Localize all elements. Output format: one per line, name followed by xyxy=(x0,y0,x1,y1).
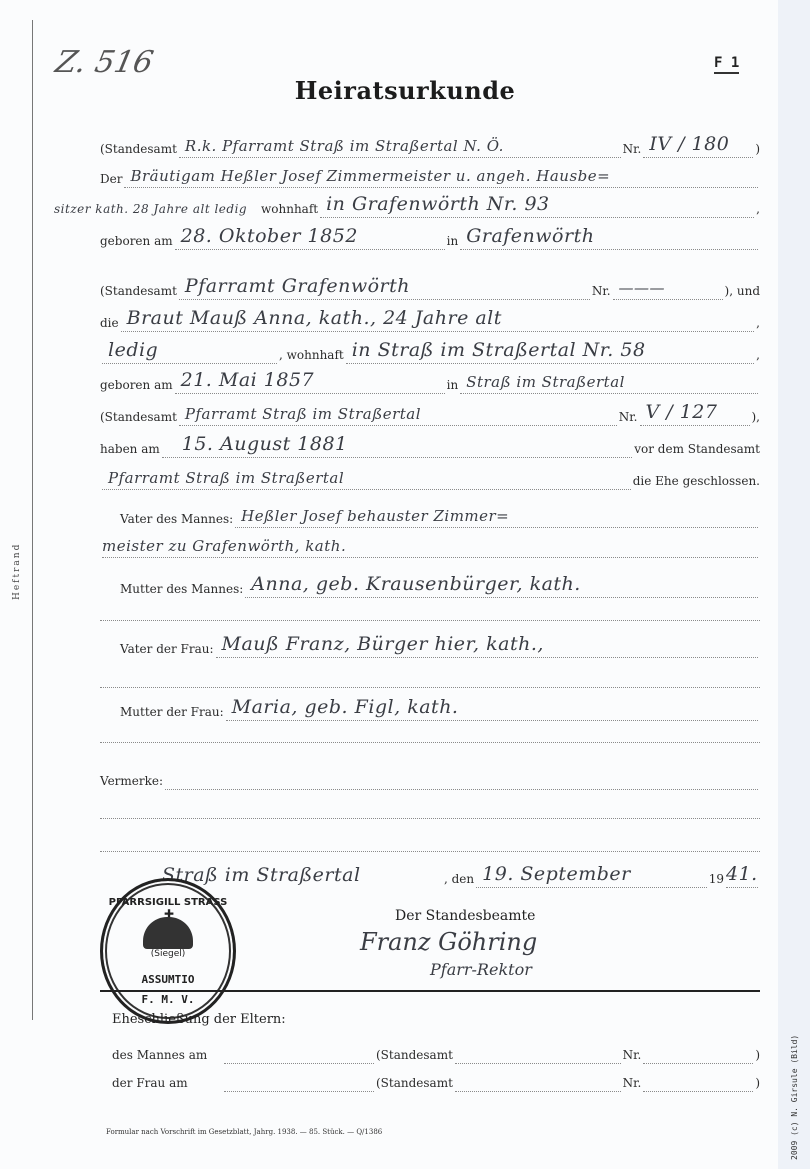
father-of-groom-continuation-row: meister zu Grafenwörth, kath. xyxy=(100,530,760,558)
groom-registry-number-field: ——— xyxy=(613,273,723,300)
groom-birth-place-field: Grafenwörth xyxy=(460,223,758,250)
document-page: Heftrand Z. 516 F 1 Heiratsurkunde (Stan… xyxy=(0,0,778,1169)
bride-parents-number-field xyxy=(643,1065,753,1092)
binding-margin-line xyxy=(32,20,33,1020)
mother-of-bride-row: Mutter der Frau: Maria, geb. Figl, kath. xyxy=(100,693,760,721)
bride-row: die Braut Mauß Anna, kath., 24 Jahre alt… xyxy=(100,304,760,332)
blank-line xyxy=(100,742,760,743)
margin-label: Heftrand xyxy=(12,543,22,600)
blank-line xyxy=(100,620,760,621)
bride-birth-place-field: Straß im Straßertal xyxy=(460,367,758,394)
image-credit: 2009 (c) N. Girsule (Bild) xyxy=(790,1035,799,1160)
groom-residence-field: in Grafenwörth Nr. 93 xyxy=(320,191,754,218)
bride-registry-number-field: V / 127 xyxy=(640,399,750,426)
remarks-row: Vermerke: xyxy=(100,762,760,790)
archive-number: Z. 516 xyxy=(52,45,156,80)
bride-parents-registry-field xyxy=(455,1065,621,1092)
blank-line xyxy=(100,687,760,688)
groom-parents-number-field xyxy=(643,1037,753,1064)
document-title: Heiratsurkunde xyxy=(0,76,810,105)
groom-birth-row: geboren am 28. Oktober 1852 in Grafenwör… xyxy=(100,222,760,250)
bride-registry-row: (Standesamt Pfarramt Straß im Straßertal… xyxy=(100,398,760,426)
marriage-office-row: Pfarramt Straß im Straßertal die Ehe ges… xyxy=(100,462,760,490)
issue-date-field: 19. September xyxy=(476,861,707,888)
father-of-groom-field: Heßler Josef behauster Zimmer= xyxy=(235,501,758,528)
registry-office-row: (Standesamt R.k. Pfarramt Straß im Straß… xyxy=(100,130,760,158)
groom-registry-row: (Standesamt Pfarramt Grafenwörth Nr. ———… xyxy=(100,272,760,300)
marriage-date-field: 15. August 1881 xyxy=(162,431,632,458)
father-of-groom-row: Vater des Mannes: Heßler Josef behauster… xyxy=(100,500,760,528)
registrar-label: Der Standesbeamte xyxy=(395,908,535,924)
groom-parents-marriage-row: des Mannes am (Standesamt Nr. ) xyxy=(112,1036,760,1064)
registrar-signature: Franz Göhring xyxy=(360,928,537,956)
groom-row: Der Bräutigam Heßler Josef Zimmermeister… xyxy=(100,160,760,188)
mother-of-bride-field: Maria, geb. Figl, kath. xyxy=(226,694,758,721)
scan-border xyxy=(778,0,810,1169)
mother-of-groom-row: Mutter des Mannes: Anna, geb. Krausenbür… xyxy=(100,570,760,598)
groom-parents-registry-field xyxy=(455,1037,621,1064)
bride-status-field: ledig xyxy=(102,337,277,364)
issue-year-field: 41. xyxy=(726,861,758,888)
father-of-groom-continuation-field: meister zu Grafenwörth, kath. xyxy=(102,531,758,558)
groom-residence-row: sitzer kath. 28 Jahre alt ledig wohnhaft… xyxy=(52,190,760,218)
bride-parents-marriage-date-field xyxy=(224,1065,374,1092)
bride-parents-marriage-row: der Frau am (Standesamt Nr. ) xyxy=(112,1064,760,1092)
groom-birth-date-field: 28. Oktober 1852 xyxy=(175,223,445,250)
marriage-date-row: haben am 15. August 1881 vor dem Standes… xyxy=(100,430,760,458)
blank-line xyxy=(100,818,760,819)
remarks-field xyxy=(165,763,758,790)
parish-seal-stamp: PFARRSIGILL STRASS ✚ (Siegel) ASSUMTIO F… xyxy=(100,878,236,1024)
blank-line xyxy=(100,851,760,852)
groom-continuation-field: sitzer kath. 28 Jahre alt ledig xyxy=(54,192,259,218)
form-footer: Formular nach Vorschrift im Gesetzblatt,… xyxy=(106,1128,382,1136)
bride-registry-field: Pfarramt Straß im Straßertal xyxy=(179,399,617,426)
registry-office-field: R.k. Pfarramt Straß im Straßertal N. Ö. xyxy=(179,131,621,158)
form-code: F 1 xyxy=(714,55,739,74)
groom-field: Bräutigam Heßler Josef Zimmermeister u. … xyxy=(124,161,758,188)
bride-residence-field: in Straß im Straßertal Nr. 58 xyxy=(346,337,754,364)
section-divider xyxy=(100,990,760,992)
bride-birth-date-field: 21. Mai 1857 xyxy=(175,367,445,394)
parents-marriage-heading: Eheschließung der Eltern: xyxy=(112,1012,286,1027)
registrar-title: Pfarr-Rektor xyxy=(430,960,532,979)
father-of-bride-field: Mauß Franz, Bürger hier, kath., xyxy=(216,631,758,658)
bride-birth-row: geboren am 21. Mai 1857 in Straß im Stra… xyxy=(100,366,760,394)
issue-place-date-row: Straß im Straßertal , den 19. September … xyxy=(100,860,760,888)
crown-icon xyxy=(143,917,193,949)
marriage-office-field: Pfarramt Straß im Straßertal xyxy=(102,463,631,490)
mother-of-groom-field: Anna, geb. Krausenbürger, kath. xyxy=(245,571,758,598)
father-of-bride-row: Vater der Frau: Mauß Franz, Bürger hier,… xyxy=(100,630,760,658)
groom-parents-marriage-date-field xyxy=(224,1037,374,1064)
groom-registry-field: Pfarramt Grafenwörth xyxy=(179,273,590,300)
bride-field: Braut Mauß Anna, kath., 24 Jahre alt xyxy=(121,305,755,332)
bride-residence-row: ledig , wohnhaft in Straß im Straßertal … xyxy=(100,336,760,364)
registry-number-field: IV / 180 xyxy=(643,131,753,158)
